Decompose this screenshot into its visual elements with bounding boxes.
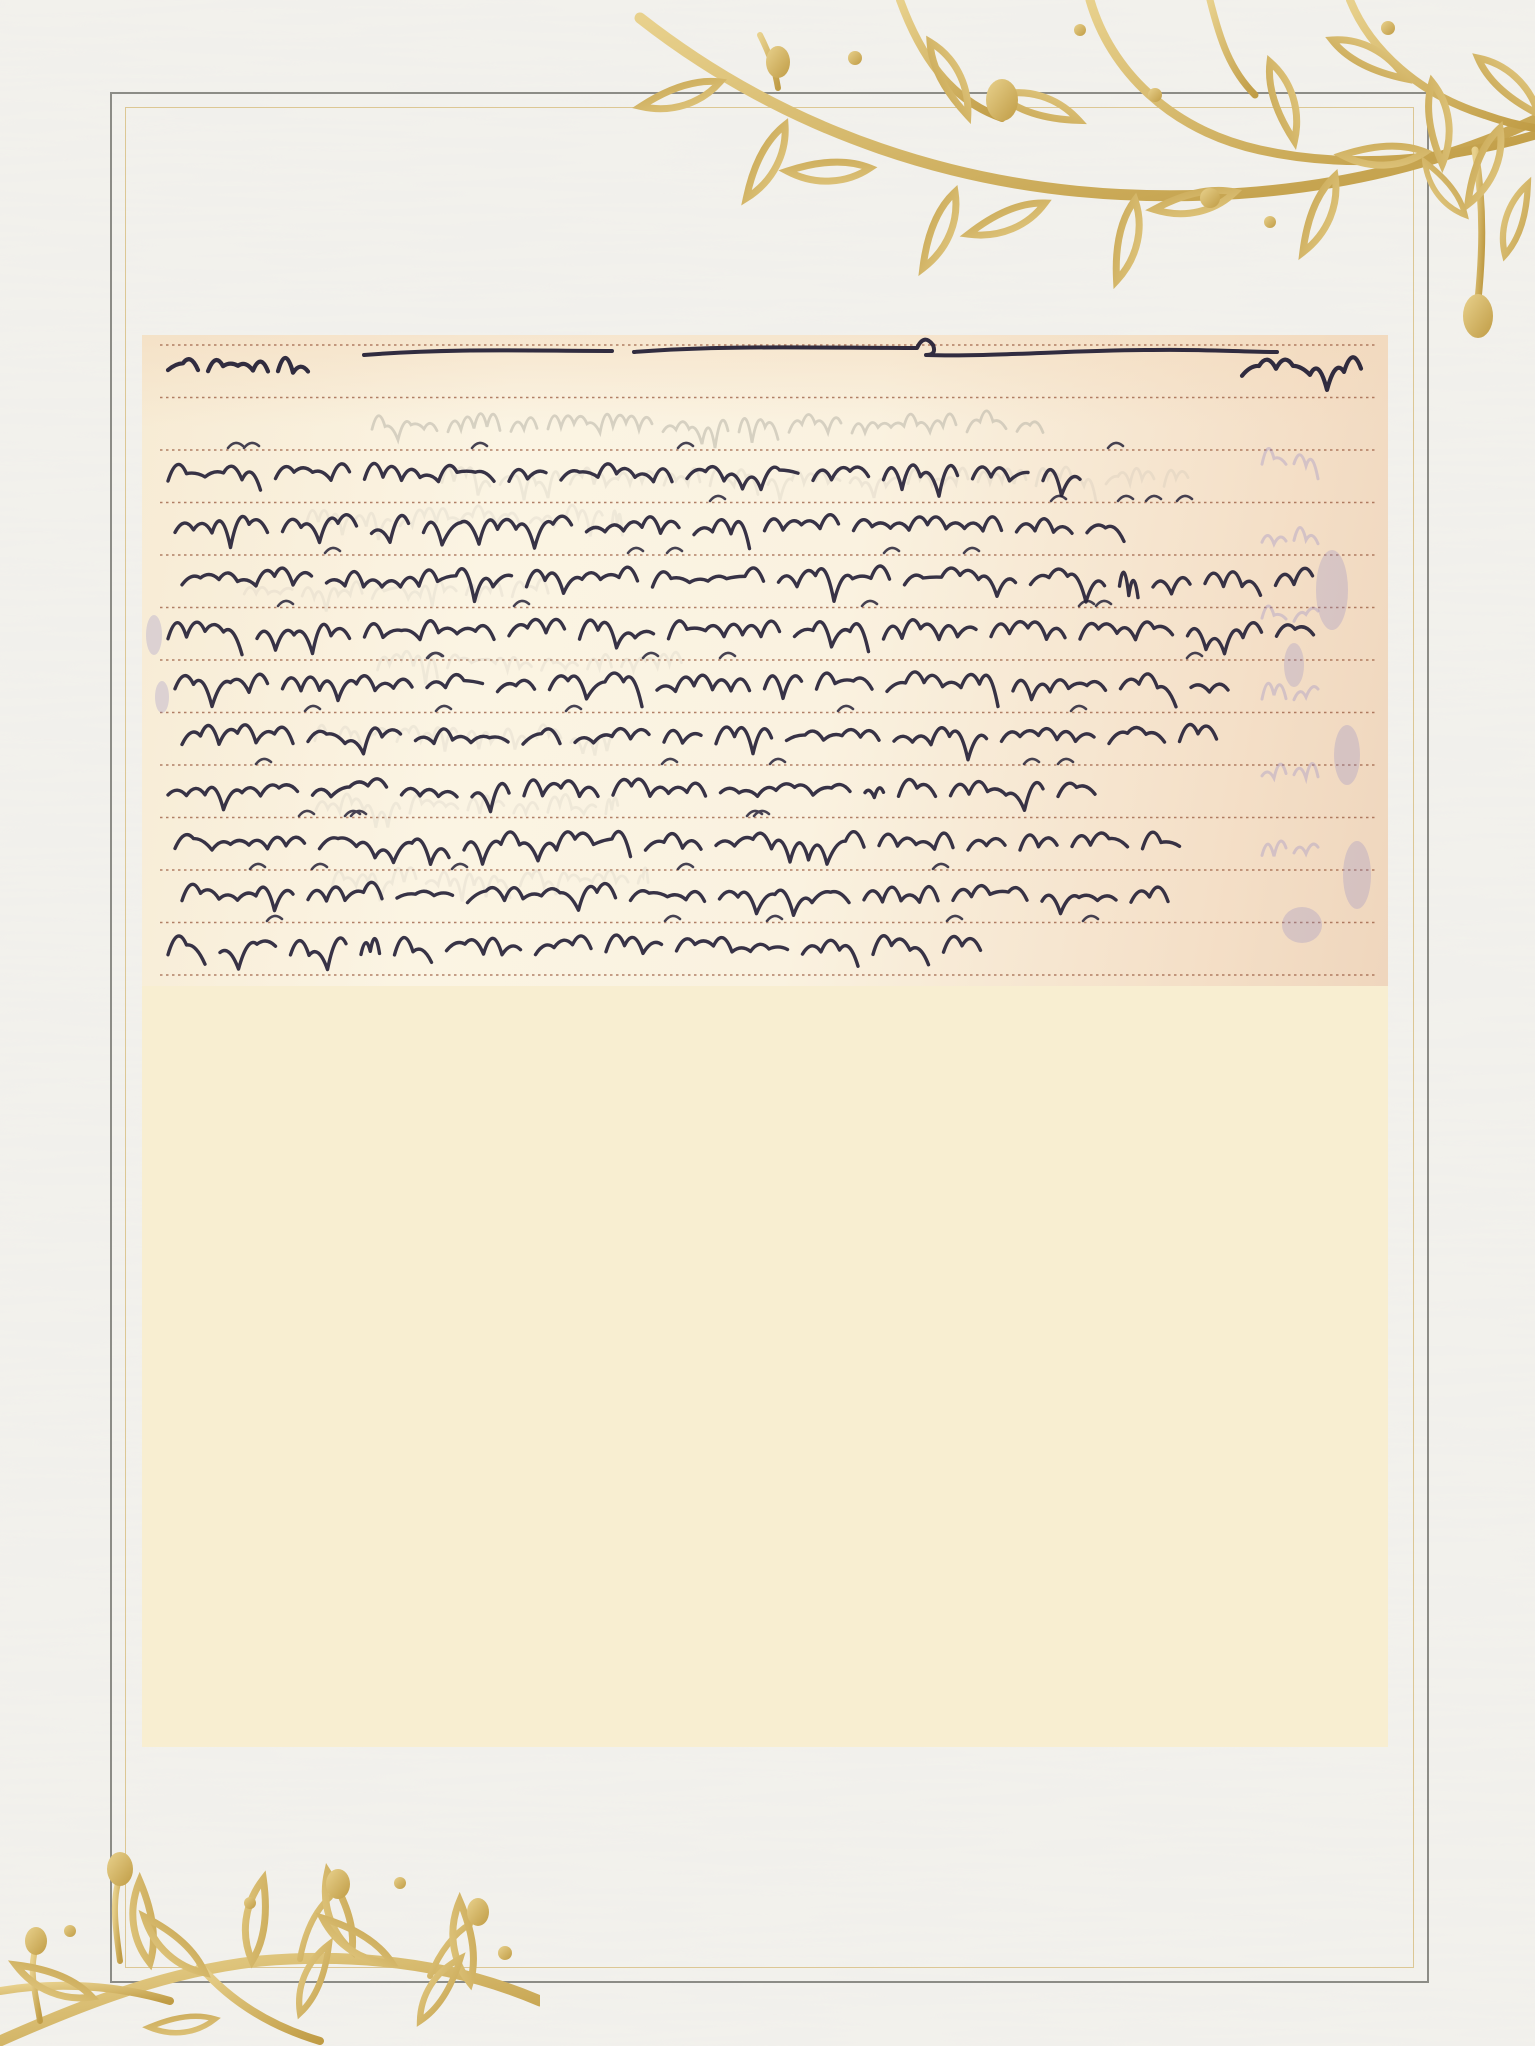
page: -: ૩૭૫૪ :- ૧૬|૭|૮૨ જન્યા એશરમ સુવનમાં જો… bbox=[0, 0, 1535, 2046]
content-panel bbox=[142, 986, 1388, 1747]
manuscript-line: શરમના શેરડામે પડી ભય ન્યાં હેતુ, જે શરમ … bbox=[175, 654, 1045, 694]
branch-strokes bbox=[640, 0, 1535, 300]
date-note: ૧૬|૭|૮૨ bbox=[1242, 347, 1349, 382]
manuscript-line: લોલ્ય લાલય નો સુવનમાં, સહાને સદા ખેમે પ્… bbox=[175, 497, 917, 537]
manuscript-line: ક્રોધને ઈર્ષ્યામાં ધુમ્મસ ઘેરાયા ક્યાં, … bbox=[182, 549, 987, 589]
manuscript-line: છે રંગ એવો એ નો ચેન, અમર ખેલ અન્યને કહી … bbox=[168, 917, 919, 957]
manuscript-line: હૈયે મઢાવી પ્રભુને અને ઊથકે અભ્યગથ ઉપર, … bbox=[168, 602, 1128, 642]
manuscript-transcript: -: ૩૭૫૪ :- ૧૬|૭|૮૨ જન્યા એશરમ સુવનમાં જો… bbox=[142, 335, 1388, 986]
gold-branches-top-right-decoration bbox=[570, 0, 1535, 345]
page-number-suffix: :- bbox=[332, 349, 353, 384]
manuscript-scan: -: ૩૭૫૪ :- ૧૬|૭|૮૨ જન્યા એશરમ સુવનમાં જો… bbox=[142, 335, 1388, 986]
manuscript-line: જન્યા એશરમ સુવનમાં જો ક્યાં, એશરમને શરમ … bbox=[168, 444, 996, 484]
page-number-prefix: -: bbox=[168, 349, 189, 384]
page-number: ૩૭૫૪ bbox=[208, 349, 287, 384]
manuscript-line: થકવેને થાકે મળે સુવનમાં, ટેકો સુવનમાં ઊં… bbox=[182, 865, 980, 905]
manuscript-line: વિનાશના પંથે ખરે જો ચડી, વિનાશ સુવનમાં એ… bbox=[168, 760, 978, 800]
gold-branches-bottom-left-decoration bbox=[0, 1811, 540, 2046]
manuscript-line: સમજણના દ્વાર બુલંદ ના કરી, જે શરમ નાંઢવ … bbox=[182, 707, 1031, 747]
manuscript-line: વિવેકને વિવેકની વ્યાખ્યા, એના સુવનમાં, ગ… bbox=[175, 812, 990, 852]
